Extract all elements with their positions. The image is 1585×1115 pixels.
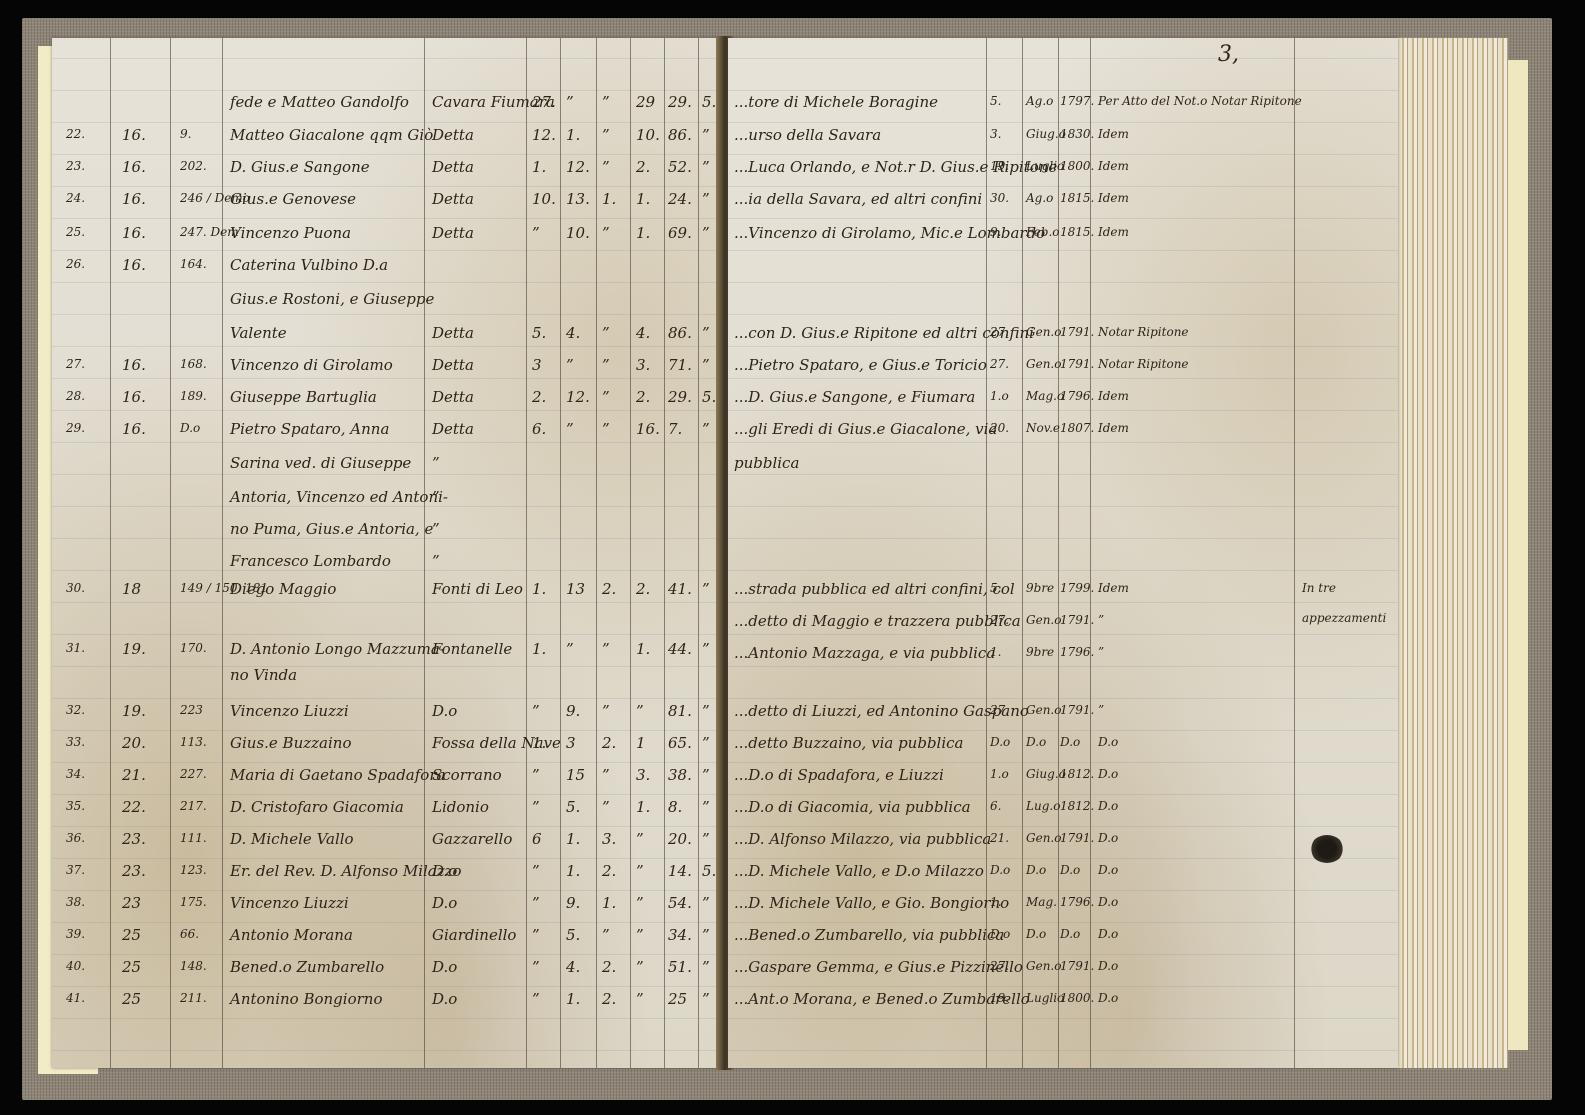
- right-date-month: Gen.o: [1026, 704, 1061, 716]
- right-notary-reference: Idem: [1098, 422, 1129, 434]
- left-value-col-5: 41.: [668, 582, 692, 597]
- left-value-col-6: ”: [702, 582, 710, 597]
- left-value-col-6: ”: [702, 326, 710, 341]
- right-date-day: 19.: [990, 160, 1009, 172]
- left-value-col-1: 1.: [532, 642, 546, 657]
- left-owner-name: D. Antonio Longo Mazzuma-: [230, 642, 445, 657]
- right-date-day: 30.: [990, 192, 1009, 204]
- right-boundary-description: ...Antonio Mazzaga, e via pubblica: [734, 646, 995, 661]
- left-value-col-3: 3.: [602, 832, 616, 847]
- left-owner-name: Antonino Bongiorno: [230, 992, 382, 1007]
- left-value-col-3: ”: [602, 422, 610, 437]
- left-section-number: 25: [122, 992, 141, 1007]
- left-locality: ”: [432, 554, 440, 569]
- left-parcel-number: 9.: [180, 128, 191, 140]
- right-notary-reference: D.o: [1098, 736, 1118, 748]
- left-value-col-5: 52.: [668, 160, 692, 175]
- right-date-year: 1800.: [1060, 160, 1094, 172]
- left-section-number: 25: [122, 960, 141, 975]
- right-boundary-description: ...tore di Michele Boragine: [734, 95, 938, 110]
- left-parcel-number: D.o: [180, 422, 200, 434]
- left-value-col-3: ”: [602, 642, 610, 657]
- left-value-col-3: ”: [602, 704, 610, 719]
- left-value-col-5: 81.: [668, 704, 692, 719]
- left-locality: Detta: [432, 160, 474, 175]
- right-date-year: 1797.: [1060, 95, 1094, 107]
- left-locality: ”: [432, 456, 440, 471]
- left-value-col-1: 5.: [532, 326, 546, 341]
- right-notary-reference: D.o: [1098, 928, 1118, 940]
- left-parcel-number: 123.: [180, 864, 207, 876]
- right-date-day: D.o: [990, 736, 1010, 748]
- right-date-month: Gen.o: [1026, 832, 1061, 844]
- left-value-col-3: ”: [602, 768, 610, 783]
- right-date-day: D.o: [990, 864, 1010, 876]
- right-date-year: 1791.: [1060, 832, 1094, 844]
- left-value-col-3: ”: [602, 358, 610, 373]
- left-value-col-2: 1.: [566, 864, 580, 879]
- left-value-col-6: ”: [702, 358, 710, 373]
- left-row-number: 32.: [66, 704, 85, 716]
- left-value-col-4: 16.: [636, 422, 660, 437]
- left-section-number: 19.: [122, 704, 146, 719]
- left-owner-name: Diego Maggio: [230, 582, 336, 597]
- right-date-day: 27.: [990, 704, 1009, 716]
- left-owner-name: fede e Matteo Gandolfo: [230, 95, 409, 110]
- right-date-day: 1.o: [990, 768, 1009, 780]
- left-value-col-4: 10.: [636, 128, 660, 143]
- ink-blot: [1310, 835, 1344, 863]
- left-locality: Giardinello: [432, 928, 516, 943]
- left-locality: Detta: [432, 422, 474, 437]
- left-value-col-3: ”: [602, 326, 610, 341]
- right-date-year: 1791.: [1060, 358, 1094, 370]
- right-date-day: 1.: [990, 646, 1001, 658]
- left-value-col-6: ”: [702, 992, 710, 1007]
- left-section-number: 22.: [122, 800, 146, 815]
- right-date-year: 1812.: [1060, 768, 1094, 780]
- right-date-year: D.o: [1060, 928, 1080, 940]
- left-value-col-1: 3: [532, 358, 542, 373]
- left-value-col-5: 14.: [668, 864, 692, 879]
- left-row-number: 39.: [66, 928, 85, 940]
- left-value-col-6: 5.: [702, 390, 716, 405]
- left-value-col-1: ”: [532, 896, 540, 911]
- right-page: 3, In tre appezzamenti ...tore di Michel…: [728, 38, 1398, 1068]
- left-value-col-2: 15: [566, 768, 585, 783]
- left-value-col-2: ”: [566, 422, 574, 437]
- left-value-col-6: ”: [702, 800, 710, 815]
- right-date-year: 1799.: [1060, 582, 1094, 594]
- left-locality: Fonti di Leo: [432, 582, 523, 597]
- right-boundary-description: ...D. Alfonso Milazzo, via pubblica: [734, 832, 991, 847]
- right-date-month: D.o: [1026, 736, 1046, 748]
- right-notary-reference: Idem: [1098, 390, 1129, 402]
- left-value-col-1: ”: [532, 864, 540, 879]
- right-date-day: 27.: [990, 614, 1009, 626]
- right-notary-reference: Per Atto del Not.o Notar Ripitone: [1098, 95, 1302, 107]
- left-section-number: 16.: [122, 192, 146, 207]
- left-value-col-5: 24.: [668, 192, 692, 207]
- left-owner-name: Valente: [230, 326, 287, 341]
- left-parcel-number: 217.: [180, 800, 207, 812]
- left-locality: Scorrano: [432, 768, 502, 783]
- left-row-number: 34.: [66, 768, 85, 780]
- left-value-col-1: ”: [532, 704, 540, 719]
- left-owner-name: Vincenzo Liuzzi: [230, 896, 349, 911]
- left-value-col-6: ”: [702, 192, 710, 207]
- left-value-col-1: 2.: [532, 390, 546, 405]
- right-boundary-description: ...con D. Gius.e Ripitone ed altri confi…: [734, 326, 1034, 341]
- left-value-col-4: 1.: [636, 226, 650, 241]
- left-locality: Detta: [432, 390, 474, 405]
- left-value-col-6: ”: [702, 832, 710, 847]
- left-value-col-3: ”: [602, 226, 610, 241]
- left-locality: Detta: [432, 128, 474, 143]
- left-value-col-6: 5.: [702, 864, 716, 879]
- left-owner-name: Gius.e Rostoni, e Giuseppe: [230, 292, 434, 307]
- right-date-day: 27.: [990, 358, 1009, 370]
- left-value-col-5: 54.: [668, 896, 692, 911]
- left-locality: Detta: [432, 326, 474, 341]
- right-date-month: Luglio: [1026, 992, 1064, 1004]
- right-date-year: 1796.: [1060, 896, 1094, 908]
- left-value-col-2: 4.: [566, 326, 580, 341]
- left-value-col-6: ”: [702, 896, 710, 911]
- left-owner-name: Caterina Vulbino D.a: [230, 258, 388, 273]
- left-value-col-5: 71.: [668, 358, 692, 373]
- page-edges-stack: [1398, 38, 1508, 1068]
- left-row-number: 25.: [66, 226, 85, 238]
- left-row-number: 29.: [66, 422, 85, 434]
- left-value-col-1: 1.: [532, 736, 546, 751]
- left-value-col-4: ”: [636, 896, 644, 911]
- left-value-col-2: 1.: [566, 832, 580, 847]
- right-boundary-description: ...gli Eredi di Gius.e Giacalone, via: [734, 422, 997, 437]
- left-owner-name: D. Cristofaro Giacomia: [230, 800, 404, 815]
- left-locality: Detta: [432, 226, 474, 241]
- left-section-number: 16.: [122, 390, 146, 405]
- right-date-month: Mag.: [1026, 896, 1057, 908]
- left-value-col-2: 1.: [566, 128, 580, 143]
- right-date-day: 20.: [990, 422, 1009, 434]
- right-date-day: 3.: [990, 128, 1001, 140]
- left-owner-name: Matteo Giacalone qqm Giò: [230, 128, 433, 143]
- left-value-col-4: ”: [636, 928, 644, 943]
- left-locality: D.o: [432, 960, 457, 975]
- right-date-year: 1815.: [1060, 192, 1094, 204]
- right-date-day: 27.: [990, 960, 1009, 972]
- left-owner-name: no Vinda: [230, 668, 297, 683]
- left-row-number: 23.: [66, 160, 85, 172]
- left-value-col-2: 5.: [566, 928, 580, 943]
- left-locality: D.o: [432, 864, 457, 879]
- left-parcel-number: 202.: [180, 160, 207, 172]
- left-value-col-6: ”: [702, 642, 710, 657]
- left-value-col-6: ”: [702, 736, 710, 751]
- left-owner-name: Gius.e Buzzaino: [230, 736, 351, 751]
- left-value-col-5: 34.: [668, 928, 692, 943]
- left-value-col-4: 1.: [636, 192, 650, 207]
- left-locality: Detta: [432, 358, 474, 373]
- right-notary-reference: Idem: [1098, 582, 1129, 594]
- right-notary-reference: D.o: [1098, 864, 1118, 876]
- right-date-year: 1791.: [1060, 960, 1094, 972]
- left-section-number: 19.: [122, 642, 146, 657]
- left-row-number: 35.: [66, 800, 85, 812]
- left-value-col-2: 13: [566, 582, 585, 597]
- right-date-day: 19.: [990, 992, 1009, 1004]
- left-value-col-4: 2.: [636, 582, 650, 597]
- right-boundary-description: ...ia della Savara, ed altri confini: [734, 192, 982, 207]
- left-value-col-4: 4.: [636, 326, 650, 341]
- left-value-col-3: 2.: [602, 864, 616, 879]
- left-value-col-5: 86.: [668, 326, 692, 341]
- right-boundary-description: ...urso della Savara: [734, 128, 881, 143]
- right-date-year: 1791.: [1060, 326, 1094, 338]
- right-date-month: Lug.o: [1026, 800, 1060, 812]
- right-date-month: Ag.o: [1026, 192, 1053, 204]
- left-value-col-1: ”: [532, 768, 540, 783]
- left-value-col-4: ”: [636, 960, 644, 975]
- right-notary-reference: ”: [1098, 614, 1104, 626]
- left-value-col-5: 51.: [668, 960, 692, 975]
- left-value-col-6: ”: [702, 928, 710, 943]
- left-value-col-4: ”: [636, 704, 644, 719]
- left-row-number: 31.: [66, 642, 85, 654]
- left-value-col-2: 9.: [566, 704, 580, 719]
- left-parcel-number: 211.: [180, 992, 207, 1004]
- left-row-number: 41.: [66, 992, 85, 1004]
- right-date-month: Ag.o: [1026, 95, 1053, 107]
- left-value-col-2: 3: [566, 736, 576, 751]
- right-boundary-description: ...Gaspare Gemma, e Gius.e Pizzinello: [734, 960, 1023, 975]
- right-boundary-description: ...Bened.o Zumbarello, via pubblica: [734, 928, 1004, 943]
- right-date-day: 1.o: [990, 390, 1009, 402]
- right-date-year: 1812.: [1060, 800, 1094, 812]
- left-section-number: 25: [122, 928, 141, 943]
- left-page: fede e Matteo GandolfoCavara Fiumara27.”…: [52, 38, 720, 1068]
- left-value-col-2: 9.: [566, 896, 580, 911]
- left-owner-name: Vincenzo Liuzzi: [230, 704, 349, 719]
- right-date-month: D.o: [1026, 928, 1046, 940]
- left-parcel-number: 164.: [180, 258, 207, 270]
- left-value-col-1: 12.: [532, 128, 556, 143]
- right-boundary-description: ...detto Buzzaino, via pubblica: [734, 736, 963, 751]
- right-date-month: Mag.o: [1026, 390, 1064, 402]
- left-locality: Lidonio: [432, 800, 489, 815]
- left-section-number: 18: [122, 582, 141, 597]
- right-notary-reference: ”: [1098, 704, 1104, 716]
- left-value-col-1: ”: [532, 960, 540, 975]
- left-value-col-4: 1.: [636, 800, 650, 815]
- left-value-col-5: 25: [668, 992, 687, 1007]
- right-notary-reference: D.o: [1098, 768, 1118, 780]
- left-value-col-3: ”: [602, 800, 610, 815]
- right-boundary-description: ...D.o di Giacomia, via pubblica: [734, 800, 971, 815]
- left-row-number: 36.: [66, 832, 85, 844]
- left-row-number: 24.: [66, 192, 85, 204]
- left-section-number: 23: [122, 896, 141, 911]
- left-value-col-6: ”: [702, 422, 710, 437]
- left-row-number: 27.: [66, 358, 85, 370]
- left-value-col-5: 8.: [668, 800, 682, 815]
- left-locality: Gazzarello: [432, 832, 512, 847]
- page-number: 3,: [1218, 42, 1239, 67]
- left-locality: Fontanelle: [432, 642, 512, 657]
- left-section-number: 16.: [122, 358, 146, 373]
- left-value-col-1: ”: [532, 928, 540, 943]
- right-date-month: 9bre: [1026, 582, 1054, 594]
- left-locality: D.o: [432, 704, 457, 719]
- left-value-col-2: 10.: [566, 226, 590, 241]
- left-value-col-5: 86.: [668, 128, 692, 143]
- left-section-number: 16.: [122, 422, 146, 437]
- left-owner-name: Vincenzo Puona: [230, 226, 351, 241]
- right-notary-reference: D.o: [1098, 800, 1118, 812]
- left-value-col-5: 20.: [668, 832, 692, 847]
- left-value-col-6: ”: [702, 960, 710, 975]
- left-owner-name: Pietro Spataro, Anna: [230, 422, 389, 437]
- right-date-month: Feb.o: [1026, 226, 1060, 238]
- left-row-number: 26.: [66, 258, 85, 270]
- left-row-number: 33.: [66, 736, 85, 748]
- left-value-col-6: ”: [702, 704, 710, 719]
- left-value-col-3: ”: [602, 95, 610, 110]
- left-value-col-5: 44.: [668, 642, 692, 657]
- left-locality: ”: [432, 490, 440, 505]
- left-value-col-1: 6: [532, 832, 542, 847]
- left-value-col-3: 1.: [602, 192, 616, 207]
- left-owner-name: D. Gius.e Sangone: [230, 160, 370, 175]
- left-value-col-5: 29.: [668, 95, 692, 110]
- left-locality: Detta: [432, 192, 474, 207]
- right-notary-reference: Idem: [1098, 226, 1129, 238]
- right-notary-reference: Idem: [1098, 160, 1129, 172]
- right-date-month: Gen.o: [1026, 614, 1061, 626]
- left-parcel-number: 66.: [180, 928, 199, 940]
- margin-note-line-1: In tre: [1302, 582, 1336, 594]
- left-value-col-2: ”: [566, 95, 574, 110]
- left-parcel-number: 189.: [180, 390, 207, 402]
- left-row-number: 28.: [66, 390, 85, 402]
- left-owner-name: Maria di Gaetano Spadafora: [230, 768, 445, 783]
- left-owner-name: Sarina ved. di Giuseppe: [230, 456, 411, 471]
- right-date-year: D.o: [1060, 736, 1080, 748]
- left-section-number: 16.: [122, 128, 146, 143]
- right-date-day: 21.: [990, 832, 1009, 844]
- left-value-col-6: ”: [702, 768, 710, 783]
- right-notary-reference: Notar Ripitone: [1098, 358, 1189, 370]
- left-owner-name: Giuseppe Bartuglia: [230, 390, 377, 405]
- right-date-year: D.o: [1060, 864, 1080, 876]
- left-section-number: 23.: [122, 832, 146, 847]
- left-value-col-6: ”: [702, 160, 710, 175]
- right-date-month: Gen.o: [1026, 326, 1061, 338]
- right-boundary-description: ...D.o di Spadafora, e Liuzzi: [734, 768, 944, 783]
- right-notary-reference: D.o: [1098, 896, 1118, 908]
- left-locality: D.o: [432, 896, 457, 911]
- right-notary-reference: Idem: [1098, 128, 1129, 140]
- left-value-col-5: 7.: [668, 422, 682, 437]
- left-value-col-6: 5.: [702, 95, 716, 110]
- right-date-year: 1830.: [1060, 128, 1094, 140]
- left-section-number: 16.: [122, 226, 146, 241]
- left-value-col-3: 2.: [602, 960, 616, 975]
- left-value-col-4: ”: [636, 992, 644, 1007]
- left-value-col-3: 1.: [602, 896, 616, 911]
- left-section-number: 16.: [122, 258, 146, 273]
- left-value-col-4: ”: [636, 832, 644, 847]
- left-parcel-number: 223: [180, 704, 203, 716]
- left-value-col-4: 2.: [636, 390, 650, 405]
- right-boundary-description: ...detto di Liuzzi, ed Antonino Gaspano: [734, 704, 1029, 719]
- right-date-day: 6.: [990, 800, 1001, 812]
- right-date-day: 9.: [990, 226, 1001, 238]
- left-owner-name: Vincenzo di Girolamo: [230, 358, 393, 373]
- left-section-number: 20.: [122, 736, 146, 751]
- left-value-col-5: 29.: [668, 390, 692, 405]
- left-value-col-4: 29: [636, 95, 655, 110]
- left-value-col-2: 12.: [566, 390, 590, 405]
- right-date-day: 5.: [990, 95, 1001, 107]
- left-value-col-1: 27.: [532, 95, 556, 110]
- left-value-col-2: ”: [566, 642, 574, 657]
- left-value-col-2: 1.: [566, 992, 580, 1007]
- left-owner-name: no Puma, Gius.e Antoria, e: [230, 522, 433, 537]
- left-parcel-number: 111.: [180, 832, 207, 844]
- right-notary-reference: D.o: [1098, 960, 1118, 972]
- left-row-number: 38.: [66, 896, 85, 908]
- left-value-col-1: ”: [532, 992, 540, 1007]
- left-value-col-4: 1: [636, 736, 646, 751]
- left-value-col-3: ”: [602, 160, 610, 175]
- right-date-year: 1807.: [1060, 422, 1094, 434]
- left-value-col-4: 3.: [636, 358, 650, 373]
- left-locality: ”: [432, 522, 440, 537]
- left-value-col-1: 6.: [532, 422, 546, 437]
- right-boundary-description: pubblica: [734, 456, 799, 471]
- right-boundary-description: ...D. Gius.e Sangone, e Fiumara: [734, 390, 975, 405]
- right-boundary-description: ...strada pubblica ed altri confini, col: [734, 582, 1015, 597]
- left-value-col-3: 2.: [602, 992, 616, 1007]
- right-boundary-description: ...D. Michele Vallo, e Gio. Bongiorno: [734, 896, 1009, 911]
- right-boundary-description: ...Ant.o Morana, e Bened.o Zumbarello: [734, 992, 1030, 1007]
- right-date-year: 1796.: [1060, 646, 1094, 658]
- left-parcel-number: 227.: [180, 768, 207, 780]
- right-date-month: Gen.o: [1026, 960, 1061, 972]
- right-notary-reference: D.o: [1098, 992, 1118, 1004]
- left-owner-name: Er. del Rev. D. Alfonso Milazzo: [230, 864, 462, 879]
- right-date-day: 1.: [990, 896, 1001, 908]
- right-date-month: Gen.o: [1026, 358, 1061, 370]
- left-value-col-3: 2.: [602, 736, 616, 751]
- left-row-number: 22.: [66, 128, 85, 140]
- left-value-col-1: 1.: [532, 160, 546, 175]
- left-value-col-5: 38.: [668, 768, 692, 783]
- left-value-col-2: 5.: [566, 800, 580, 815]
- left-value-col-5: 69.: [668, 226, 692, 241]
- right-notary-reference: Notar Ripitone: [1098, 326, 1189, 338]
- right-date-month: D.o: [1026, 864, 1046, 876]
- left-value-col-5: 65.: [668, 736, 692, 751]
- left-value-col-4: 1.: [636, 642, 650, 657]
- left-value-col-3: ”: [602, 390, 610, 405]
- left-section-number: 23.: [122, 864, 146, 879]
- left-value-col-1: ”: [532, 226, 540, 241]
- left-locality: D.o: [432, 992, 457, 1007]
- left-value-col-1: 10.: [532, 192, 556, 207]
